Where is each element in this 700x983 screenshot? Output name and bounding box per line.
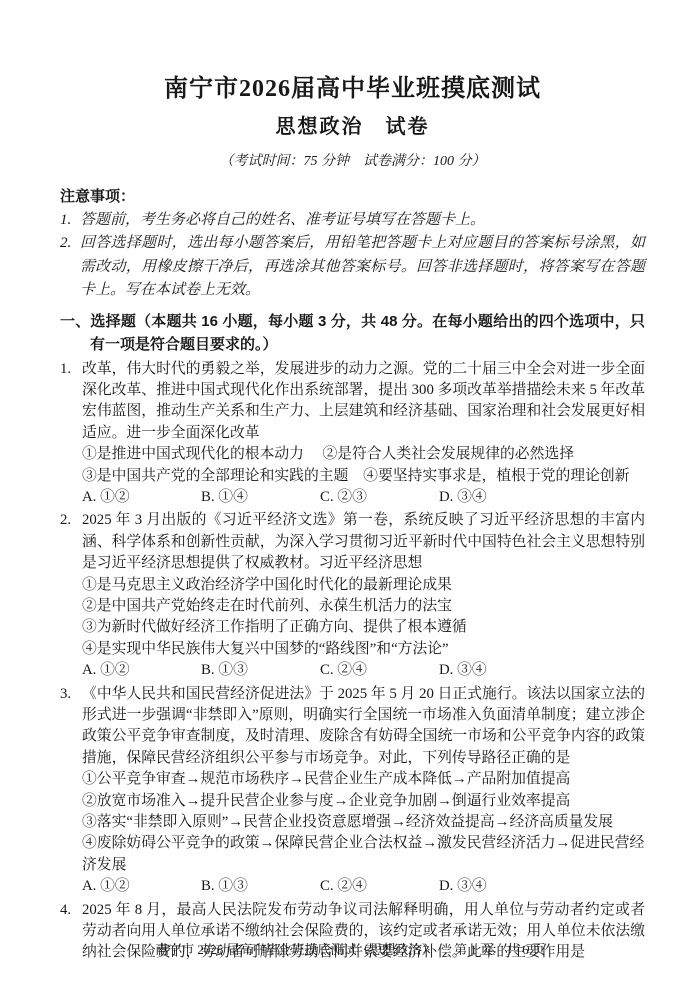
question-choices: A. ①② B. ①③ C. ②④ D. ③④ xyxy=(82,660,645,681)
question-stem: 改革，伟大时代的勇毅之举，发展进步的动力之源。党的二十届三中全会对进一步全面深化… xyxy=(82,359,645,445)
question-statement-line: ④废除妨碍公平竞争的政策→保障民营企业合法权益→激发民营经济活力→促进民营经济发… xyxy=(82,833,645,876)
question-statement-line: ②是中国共产党始终走在时代前列、永葆生机活力的法宝 xyxy=(82,596,645,617)
notice-item-text: 答题前，考生务必将自己的姓名、准考证号填写在答题卡上。 xyxy=(80,209,645,233)
page-subtitle: 思想政治 试卷 xyxy=(60,115,645,139)
question-statement-line: ①公平竞争审查→规范市场秩序→民营企业生产成本降低→产品附加值提高 xyxy=(82,769,645,790)
notice-item-number: 2. xyxy=(60,232,80,303)
question-number: 2. xyxy=(60,510,82,681)
choice-a: A. ①② xyxy=(82,660,201,681)
choice-b: B. ①③ xyxy=(201,660,320,681)
question-number: 3. xyxy=(60,684,82,898)
question-stem: 2025 年 3 月出版的《习近平经济文选》第一卷，系统反映了习近平经济思想的丰… xyxy=(82,510,645,574)
question-number: 1. xyxy=(60,359,82,509)
notice-item: 2. 回答选择题时，选出每小题答案后，用铅笔把答题卡上对应题目的答案标号涂黑，如… xyxy=(60,232,645,303)
page-content: 南宁市2026届高中毕业班摸底测试 思想政治 试卷 （考试时间：75 分钟 试卷… xyxy=(0,75,700,964)
question-choices: A. ①② B. ①④ C. ②③ D. ③④ xyxy=(82,487,645,508)
choice-b: B. ①③ xyxy=(201,876,320,897)
question-list: 1. 改革，伟大时代的勇毅之举，发展进步的动力之源。党的二十届三中全会对进一步全… xyxy=(60,359,645,964)
notice-item-text: 回答选择题时，选出每小题答案后，用铅笔把答题卡上对应题目的答案标号涂黑，如需改动… xyxy=(80,232,645,303)
question-1: 1. 改革，伟大时代的勇毅之举，发展进步的动力之源。党的二十届三中全会对进一步全… xyxy=(60,359,645,509)
question-body: 2025 年 3 月出版的《习近平经济文选》第一卷，系统反映了习近平经济思想的丰… xyxy=(82,510,645,681)
notice-heading: 注意事项： xyxy=(60,185,645,209)
question-choices: A. ①② B. ①③ C. ②④ D. ③④ xyxy=(82,876,645,897)
notice-item-number: 1. xyxy=(60,209,80,233)
question-statement-line: ①是马克思主义政治经济学中国化时代化的最新理论成果 xyxy=(82,575,645,596)
question-statement-line: ①是推进中国式现代化的根本动力 ②是符合人类社会发展规律的必然选择 xyxy=(82,444,645,465)
question-statement-line: ③落实“非禁即入原则”→民营企业投资意愿增强→经济效益提高→经济高质量发展 xyxy=(82,812,645,833)
choice-c: C. ②④ xyxy=(320,876,439,897)
notice-section: 注意事项： 1. 答题前，考生务必将自己的姓名、准考证号填写在答题卡上。 2. … xyxy=(60,185,645,303)
choice-b: B. ①④ xyxy=(201,487,320,508)
choice-c: C. ②④ xyxy=(320,660,439,681)
section-heading-multiple-choice: 一、选择题（本题共 16 小题，每小题 3 分，共 48 分。在每小题给出的四个… xyxy=(60,310,645,356)
choice-a: A. ①② xyxy=(82,876,201,897)
question-statement-line: ③为新时代做好经济工作指明了正确方向、提供了根本遵循 xyxy=(82,617,645,638)
choice-a: A. ①② xyxy=(82,487,201,508)
choice-c: C. ②③ xyxy=(320,487,439,508)
question-stem: 《中华人民共和国民营经济促进法》于 2025 年 5 月 20 日正式施行。该法… xyxy=(82,684,645,770)
notice-item: 1. 答题前，考生务必将自己的姓名、准考证号填写在答题卡上。 xyxy=(60,209,645,233)
question-body: 改革，伟大时代的勇毅之举，发展进步的动力之源。党的二十届三中全会对进一步全面深化… xyxy=(82,359,645,509)
choice-d: D. ③④ xyxy=(439,487,645,508)
question-2: 2. 2025 年 3 月出版的《习近平经济文选》第一卷，系统反映了习近平经济思… xyxy=(60,510,645,681)
exam-info-line: （考试时间：75 分钟 试卷满分：100 分） xyxy=(60,153,645,171)
question-statement-line: ②放宽市场准入→提升民营企业参与度→企业竞争加剧→倒逼行业效率提高 xyxy=(82,791,645,812)
page-footer: 南宁市 2026 届高中毕业班摸底测试（思想政治） 第 1 页 共 6 页 xyxy=(0,941,700,958)
choice-d: D. ③④ xyxy=(439,876,645,897)
question-body: 《中华人民共和国民营经济促进法》于 2025 年 5 月 20 日正式施行。该法… xyxy=(82,684,645,898)
question-3: 3. 《中华人民共和国民营经济促进法》于 2025 年 5 月 20 日正式施行… xyxy=(60,684,645,898)
choice-d: D. ③④ xyxy=(439,660,645,681)
exam-paper-page: 南宁市2026届高中毕业班摸底测试 思想政治 试卷 （考试时间：75 分钟 试卷… xyxy=(0,0,700,983)
question-statement-line: ③是中国共产党的全部理论和实践的主题 ④要坚持实事求是，植根于党的理论创新 xyxy=(82,466,645,487)
page-title: 南宁市2026届高中毕业班摸底测试 xyxy=(60,75,645,103)
question-statement-line: ④是实现中华民族伟大复兴中国梦的“路线图”和“方法论” xyxy=(82,639,645,660)
